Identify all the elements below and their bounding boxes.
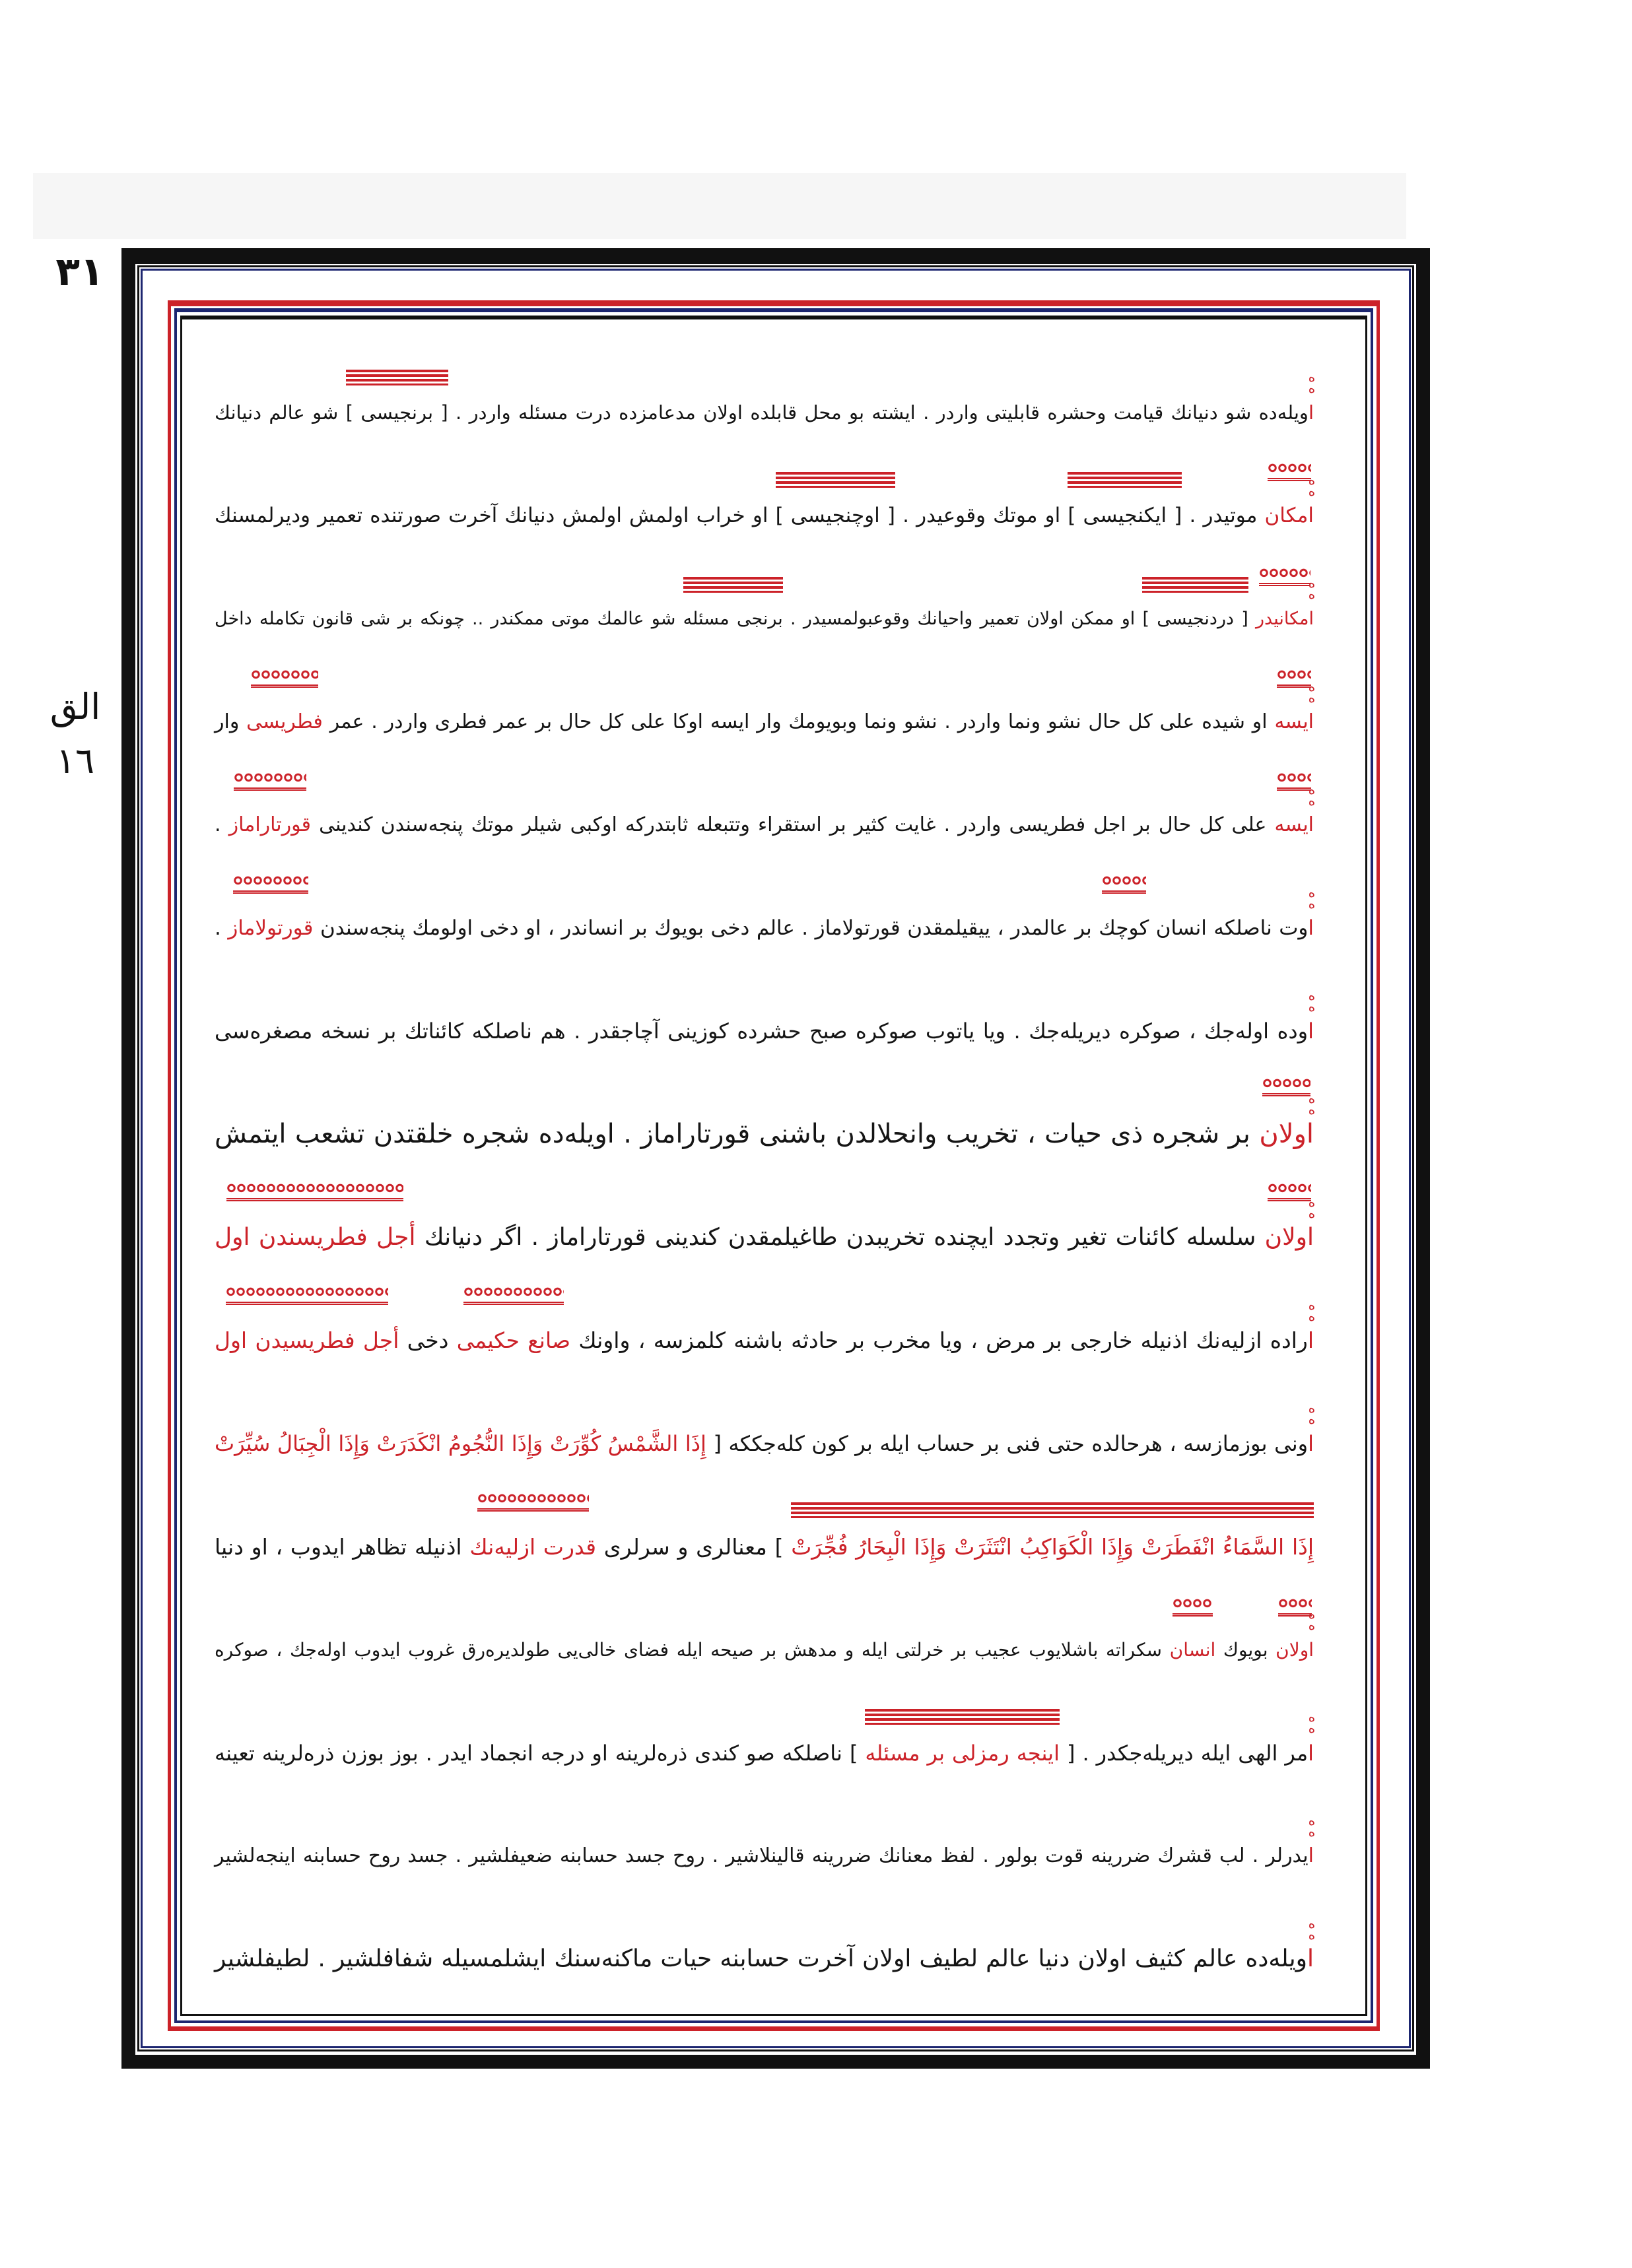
- line-text: اویله‌ده عالم كثیف اولان دنیا عالم لطیف …: [215, 1944, 1314, 1974]
- body-text: بر شجره ذی حیات ، تخریب وانحلالدن باشنی …: [215, 1119, 1259, 1149]
- marked-word: قورتاراماز: [229, 813, 311, 836]
- body-text: ویله‌ده شو دنیانك قیامت وحشره قابلیتی وا…: [448, 401, 1309, 424]
- body-text: ] معنالری و سرلری: [596, 1534, 791, 1560]
- line-text: امكانیدر [ دردنجیسی ] او ممكن اولان تعمی…: [215, 608, 1314, 630]
- manuscript-line: ه هامر الهی ایله دیریله‌جكدر . [ اینجه ر…: [215, 1701, 1314, 1804]
- body-text: راده ازلیه‌نك اذنیله خارجی بر مرض ، ویا …: [570, 1327, 1308, 1353]
- marked-word: فطریسی: [246, 710, 323, 733]
- manuscript-line: ه هاوده اوله‌جك ، صوكره دیریله‌جك . ویا …: [215, 980, 1314, 1083]
- line-text: اوده اوله‌جك ، صوكره دیریله‌جك . ویا یات…: [215, 1018, 1314, 1044]
- body-text: وده اوله‌جك ، صوكره دیریله‌جك . ویا یاتو…: [215, 1018, 1308, 1044]
- line-text: امكان موتیدر . [ ایكنجیسی ] او موتك وقوع…: [215, 503, 1314, 529]
- manuscript-line: ه هاولان سلسله كائنات تغیر وتجدد ایچنده …: [215, 1186, 1314, 1289]
- line-text: إِذَا السَّمَاءُ انْفَطَرَتْ وَإِذَا الْ…: [215, 1533, 1314, 1560]
- overlined-heading: [ برنجیسی ]: [346, 401, 448, 424]
- line-text: ایسه علی كل حال بر اجل فطریسی واردر . غا…: [215, 813, 1314, 838]
- body-text: مر الهی ایله دیریله‌جكدر . [: [1060, 1741, 1308, 1766]
- manuscript-line: ه هامكانیدر [ دردنجیسی ] او ممكن اولان ت…: [215, 567, 1314, 670]
- margin-note-number: ١٦: [37, 734, 114, 788]
- line-text: اراده ازلیه‌نك اذنیله خارجی بر مرض ، ویا…: [215, 1327, 1314, 1354]
- body-text: او ممكن اولان تعمیر واحیانك وقوعبولمسیدر…: [783, 609, 1143, 629]
- overlined-heading: [ دردنجیسی ]: [1142, 609, 1248, 629]
- margin-rubric-mark: ه ه: [1303, 1815, 1320, 1838]
- body-text: او موتك وقوعیدر .: [895, 504, 1068, 527]
- body-text: اذنیله تظاهر ایدوب ، او دنیا: [215, 1534, 469, 1560]
- line-text: اوت ناصلكه انسان كوچك بر عالمدر ، ییقیلم…: [215, 916, 1314, 941]
- rubricated-text: ا: [1308, 916, 1314, 940]
- manuscript-line: ه هاویله‌ده عالم كثیف اولان دنیا عالم لط…: [215, 1908, 1314, 2011]
- line-text: اولان بر شجره ذی حیات ، تخریب وانحلالدن …: [215, 1117, 1314, 1151]
- line-text: ایدرلر . لب قشرك ضررینه قوت بولور . لفظ …: [215, 1844, 1314, 1869]
- body-text: .: [215, 916, 228, 940]
- scan-shadow-band: [33, 173, 1406, 239]
- marked-word: انسان: [1170, 1639, 1216, 1661]
- body-text: ] ناصلكه صو كندی ذره‌لرینه او درجه انجما…: [215, 1741, 865, 1766]
- body-text: علی كل حال بر اجل فطریسی واردر . غایت كث…: [311, 813, 1274, 836]
- margin-rubric-mark: ه ه: [1303, 1300, 1320, 1322]
- margin-note-word: الق: [37, 680, 114, 734]
- body-text: بر عالمدر ، ییقیلمقدن قورتولاماز . عالم …: [313, 916, 1099, 940]
- manuscript-line: ه هاراده ازلیه‌نك اذنیله خارجی بر مرض ، …: [215, 1289, 1314, 1392]
- manuscript-line: إِذَا السَّمَاءُ انْفَطَرَتْ وَإِذَا الْ…: [215, 1495, 1314, 1598]
- body-text: موتیدر .: [1182, 504, 1264, 527]
- margin-rubric-mark: ه ه: [1303, 990, 1320, 1013]
- margin-rubric-mark: ه ه: [1303, 1093, 1320, 1116]
- body-text: شو عالمك موتی ممكندر .. چونكه بر شی قانو…: [215, 609, 683, 629]
- overlined-heading: اینجه رمزلی بر مسئله: [865, 1741, 1060, 1766]
- overlined-heading: إِذَا السَّمَاءُ انْفَطَرَتْ وَإِذَا الْ…: [791, 1534, 1314, 1560]
- body-text: او خراب اولمش اولمش دنیانك آخرت صورتنده …: [215, 504, 776, 527]
- body-text: دخی: [399, 1327, 456, 1353]
- body-text: ونی بوزمازسه ، هرحالده حتی فنی بر حساب ا…: [706, 1431, 1308, 1456]
- line-text: اولان سلسله كائنات تغیر وتجدد ایچنده تخر…: [215, 1222, 1314, 1252]
- manuscript-text-block: ه هاویله‌ده شو دنیانك قیامت وحشره قابلیت…: [215, 361, 1314, 2011]
- body-text: سلسله كائنات تغیر وتجدد ایچنده تخریبدن ط…: [416, 1224, 1265, 1251]
- line-text: اونی بوزمازسه ، هرحالده حتی فنی بر حساب …: [215, 1430, 1314, 1457]
- body-text: یدرلر . لب قشرك ضررینه قوت بولور . لفظ م…: [215, 1844, 1309, 1867]
- marked-word: ایسه: [1274, 710, 1314, 733]
- body-text: [1248, 609, 1256, 629]
- overlined-heading: برنجی مسئله: [683, 609, 783, 629]
- marked-word: اولان: [1275, 1639, 1314, 1661]
- body-text: بویوك: [1215, 1639, 1275, 1661]
- margin-rubric-mark: ه ه: [1303, 1712, 1320, 1734]
- line-text: اویله‌ده شو دنیانك قیامت وحشره قابلیتی و…: [215, 401, 1314, 424]
- manuscript-line: ه هایسه او شیده علی كل حال نشو ونما وارد…: [215, 671, 1314, 774]
- line-text: اولان بویوك انسان سكراته باشلایوب عجیب ب…: [215, 1638, 1314, 1661]
- body-text: او شیده علی كل حال نشو ونما واردر . نشو …: [323, 710, 1275, 733]
- rubricated-text: ا: [1308, 1018, 1314, 1044]
- rubricated-text: إِذَا الشَّمْسُ كُوِّرَتْ وَإِذَا النُّج…: [215, 1431, 706, 1456]
- margin-rubric-mark: ه ه: [1303, 1403, 1320, 1425]
- marked-word: أجل فطریسندن اول: [215, 1224, 416, 1251]
- marked-word: اولان: [1265, 1224, 1314, 1251]
- manuscript-line: ه هاولان بر شجره ذی حیات ، تخریب وانحلال…: [215, 1083, 1314, 1185]
- body-text: .: [215, 813, 229, 836]
- rubricated-text: ا: [1309, 401, 1314, 424]
- manuscript-line: ه هایسه علی كل حال بر اجل فطریسی واردر .…: [215, 774, 1314, 877]
- marked-word: قدرت ازلیه‌نك: [469, 1534, 596, 1560]
- marked-word: امكانیدر: [1256, 609, 1314, 629]
- body-text: شو عالم دنیانك: [215, 401, 346, 424]
- overlined-heading: [ اوچنجیسی ]: [776, 504, 895, 527]
- margin-rubric-mark: ه ه: [1303, 1918, 1320, 1941]
- rubricated-text: ا: [1307, 1945, 1314, 1972]
- rubricated-text: ا: [1309, 1844, 1314, 1867]
- rubricated-text: ا: [1308, 1741, 1314, 1766]
- marked-word: كوچك: [1099, 916, 1149, 940]
- body-text: سكراته باشلایوب عجیب بر خرلتی ایله و مده…: [215, 1639, 1170, 1661]
- marked-word: قورتولاماز: [228, 916, 313, 940]
- page-number: ٣١: [50, 246, 110, 298]
- rubricated-text: ا: [1308, 1431, 1314, 1456]
- manuscript-line: ه هاوت ناصلكه انسان كوچك بر عالمدر ، ییق…: [215, 877, 1314, 980]
- marked-word: امكان: [1264, 504, 1314, 527]
- marked-word: ایسه: [1274, 813, 1314, 836]
- manuscript-line: ه هاویله‌ده شو دنیانك قیامت وحشره قابلیت…: [215, 361, 1314, 464]
- margin-note: الق ١٦: [37, 680, 114, 788]
- rubricated-text: ا: [1308, 1327, 1314, 1353]
- body-text: ویله‌ده عالم كثیف اولان دنیا عالم لطیف ا…: [215, 1945, 1307, 1972]
- marked-word: أجل فطریسیدن اول: [215, 1327, 399, 1353]
- manuscript-line: ه هامكان موتیدر . [ ایكنجیسی ] او موتك و…: [215, 464, 1314, 567]
- manuscript-line: ه هاونی بوزمازسه ، هرحالده حتی فنی بر حس…: [215, 1392, 1314, 1495]
- overlined-heading: [ ایكنجیسی ]: [1068, 504, 1182, 527]
- body-text: وار: [215, 710, 246, 733]
- marked-word: اولان: [1259, 1119, 1314, 1149]
- manuscript-line: ه هاولان بویوك انسان سكراته باشلایوب عجی…: [215, 1598, 1314, 1701]
- body-text: وت ناصلكه انسان: [1149, 916, 1308, 940]
- manuscript-line: ه هایدرلر . لب قشرك ضررینه قوت بولور . ل…: [215, 1805, 1314, 1908]
- line-text: امر الهی ایله دیریله‌جكدر . [ اینجه رمزل…: [215, 1740, 1314, 1766]
- line-text: ایسه او شیده علی كل حال نشو ونما واردر .…: [215, 710, 1314, 735]
- margin-rubric-mark: ه ه: [1303, 887, 1320, 910]
- marked-word: صانع حكیمی: [457, 1327, 570, 1353]
- margin-rubric-mark: ه ه: [1303, 372, 1320, 394]
